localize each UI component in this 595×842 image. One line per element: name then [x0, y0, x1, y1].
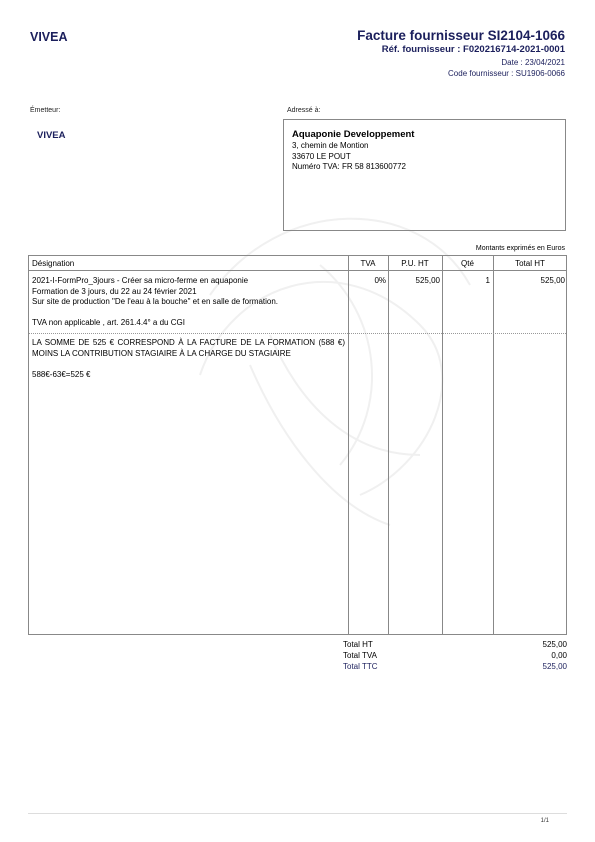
column-header-total: Total HT [493, 259, 567, 268]
total-ht-value: 525,00 [543, 639, 567, 650]
line-tva: 0% [348, 276, 386, 287]
totals-block: Total HT 525,00 Total TVA 0,00 Total TTC… [343, 639, 567, 672]
note-text: LA SOMME DE 525 € CORRESPOND À LA FACTUR… [32, 338, 345, 359]
invoice-title: Facture fournisseur SI2104-1066 [357, 28, 565, 43]
table-row: LA SOMME DE 525 € CORRESPOND À LA FACTUR… [32, 338, 345, 380]
table-row: 2021-I-FormPro_3jours - Créer sa micro-f… [32, 276, 278, 329]
total-tva-value: 0,00 [551, 650, 567, 661]
column-header-unit-price: P.U. HT [388, 259, 442, 268]
line-unit-price: 525,00 [388, 276, 440, 287]
total-ttc-label: Total TTC [343, 661, 378, 672]
total-ttc-value: 525,00 [543, 661, 567, 672]
total-ht-row: Total HT 525,00 [343, 639, 567, 650]
column-divider [493, 256, 494, 634]
column-divider [388, 256, 389, 634]
recipient-name: Aquaponie Developpement [292, 129, 414, 141]
line-description: Formation de 3 jours, du 22 au 24 févrie… [32, 287, 278, 298]
recipient-address-box: Aquaponie Developpement 3, chemin de Mon… [283, 119, 566, 231]
recipient-address-line1: 3, chemin de Montion [292, 141, 414, 152]
invoice-date: Date : 23/04/2021 [501, 58, 565, 67]
line-qty: 1 [442, 276, 490, 287]
column-divider [442, 256, 443, 634]
sender-name: VIVEA [37, 130, 66, 141]
supplier-reference: Réf. fournisseur : F020216714-2021-0001 [382, 44, 565, 55]
recipient-label: Adressé à: [287, 107, 320, 114]
supplier-code: Code fournisseur : SU1906-0066 [448, 69, 565, 78]
recipient-address-line2: 33670 LE POUT [292, 152, 414, 163]
total-tva-label: Total TVA [343, 650, 377, 661]
total-tva-row: Total TVA 0,00 [343, 650, 567, 661]
line-tax-note: TVA non applicable , art. 261.4.4° a du … [32, 318, 278, 329]
column-divider [348, 256, 349, 634]
recipient-vat-number: Numéro TVA: FR 58 813600772 [292, 162, 414, 173]
company-logo-text: VIVEA [30, 30, 68, 44]
total-ttc-row: Total TTC 525,00 [343, 661, 567, 672]
note-calculation: 588€-63€=525 € [32, 370, 345, 381]
footer-divider [28, 813, 567, 814]
line-total: 525,00 [493, 276, 565, 287]
invoice-lines-table: Désignation TVA P.U. HT Qté Total HT 202… [28, 255, 567, 635]
column-header-designation: Désignation [32, 259, 74, 268]
row-divider [29, 333, 566, 334]
sender-label: Émetteur: [30, 107, 60, 114]
page-number: 1/1 [541, 818, 549, 824]
header-divider [29, 270, 566, 271]
total-ht-label: Total HT [343, 639, 373, 650]
currency-note: Montants exprimés en Euros [476, 245, 565, 252]
line-designation: 2021-I-FormPro_3jours - Créer sa micro-f… [32, 276, 278, 287]
line-description: Sur site de production "De l'eau à la bo… [32, 297, 278, 308]
column-header-tva: TVA [348, 259, 388, 268]
column-header-qty: Qté [442, 259, 493, 268]
